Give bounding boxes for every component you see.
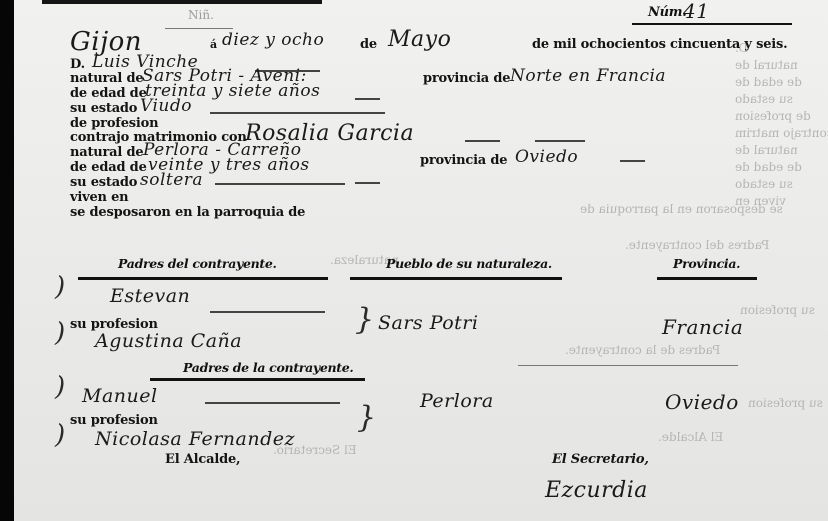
fill-line <box>535 140 585 142</box>
fill-line <box>210 112 385 114</box>
bride-provincia-value: Oviedo <box>515 147 578 167</box>
header-groom-parents: Padres del contrayente. <box>118 256 277 271</box>
fill-line <box>465 140 500 142</box>
header-rule <box>150 378 365 381</box>
groom-father: Estevan <box>110 285 190 307</box>
secretario-label: El Secretario, <box>552 452 649 467</box>
brace-mark: ) <box>55 318 65 348</box>
header-rule <box>657 277 757 280</box>
ghost-padres-contrayente: Padres del contrayente. <box>625 238 769 252</box>
brace-mark: ) <box>55 372 65 402</box>
bride-natural-label: natural de <box>70 145 143 160</box>
rule <box>518 365 738 366</box>
groom-age-label: de edad de <box>70 86 147 101</box>
brace-mark: } <box>355 302 374 337</box>
bride-parents-profesion-label: su profesion <box>70 413 158 428</box>
rule <box>165 28 233 29</box>
bleed-through-column: D. natural de de edad de su estado de pr… <box>735 40 828 210</box>
fill-line <box>355 182 380 184</box>
ghost-line: su estado <box>735 91 828 108</box>
ghost-line: natural de <box>735 142 828 159</box>
bride-estado-label: su estado <box>70 175 137 190</box>
bride-father: Manuel <box>82 385 158 407</box>
bride-mother: Nicolasa Fernandez <box>95 428 295 450</box>
bride-provincia-label: provincia de <box>420 153 507 168</box>
month-handwritten: Mayo <box>388 27 451 52</box>
fill-line <box>355 98 380 100</box>
number-rule <box>632 23 792 25</box>
fill-line <box>210 311 325 313</box>
register-page: D. natural de de edad de su estado de pr… <box>0 0 828 521</box>
brace-mark: ) <box>55 272 65 302</box>
ghost-padres-contrayente-f: Padres de la contrayente. <box>565 343 720 357</box>
groom-provincia-value: Norte en Francia <box>510 66 666 86</box>
groom-parents-pueblo: Sars Potri <box>378 312 478 334</box>
bride-parents-provincia: Oviedo <box>665 390 739 414</box>
ghost-el-alcalde: El Alcalde. <box>658 430 723 444</box>
brace-mark: } <box>357 400 376 435</box>
ghost-line: contrajo matrim <box>735 125 828 142</box>
groom-parents-provincia: Francia <box>662 315 743 339</box>
header-provincia: Provincia. <box>673 256 740 271</box>
ghost-parroquia: se desposaron en la parroquia de <box>580 202 783 216</box>
groom-estado-label: su estado <box>70 101 137 116</box>
de-label: de <box>360 37 377 52</box>
alcalde-label: El Alcalde, <box>165 452 240 467</box>
ghost-line: de profesion <box>735 108 828 125</box>
header-pueblo: Pueblo de su naturaleza. <box>386 256 552 271</box>
groom-mother: Agustina Caña <box>95 330 242 352</box>
top-rule <box>42 0 322 4</box>
ghost-line: de edad de <box>735 159 828 176</box>
ghost-su-profesion-2: su profesion <box>748 396 823 410</box>
ghost-su-profesion: su profesion <box>740 303 815 317</box>
ghost-line: su estado <box>735 176 828 193</box>
bride-parroquia-label: se desposaron en la parroquia de <box>70 205 305 220</box>
year-text: de mil ochocientos cincuenta y seis. <box>532 37 787 52</box>
header-bride-parents: Padres de la contrayente. <box>183 360 353 375</box>
bride-parents-pueblo: Perlora <box>420 390 494 412</box>
scan-edge <box>0 0 14 521</box>
day-handwritten: diez y ocho <box>222 30 324 50</box>
fill-line <box>620 160 645 162</box>
fill-line <box>205 402 340 404</box>
bride-estado-value: soltera <box>140 170 203 190</box>
fill-line <box>215 183 345 185</box>
ghost-line: natural de <box>735 57 828 74</box>
bride-viven-label: viven en <box>70 190 128 205</box>
groom-profesion-label: de profesion <box>70 116 158 131</box>
groom-natural-label: natural de <box>70 71 143 86</box>
number-label: Núm. <box>648 5 686 20</box>
ghost-line: de edad de <box>735 74 828 91</box>
day-prefix: á <box>210 38 217 51</box>
secretario-signature: Ezcurdia <box>545 478 648 503</box>
groom-title-label: D. <box>70 57 85 72</box>
top-faint-label: Niñ. <box>188 8 214 22</box>
brace-mark: ) <box>55 420 65 450</box>
number-value: 41 <box>683 0 709 23</box>
header-rule <box>78 277 328 280</box>
groom-estado-value: Viudo <box>140 96 192 116</box>
groom-provincia-label: provincia de <box>423 71 510 86</box>
bride-age-label: de edad de <box>70 160 147 175</box>
header-rule <box>350 277 562 280</box>
